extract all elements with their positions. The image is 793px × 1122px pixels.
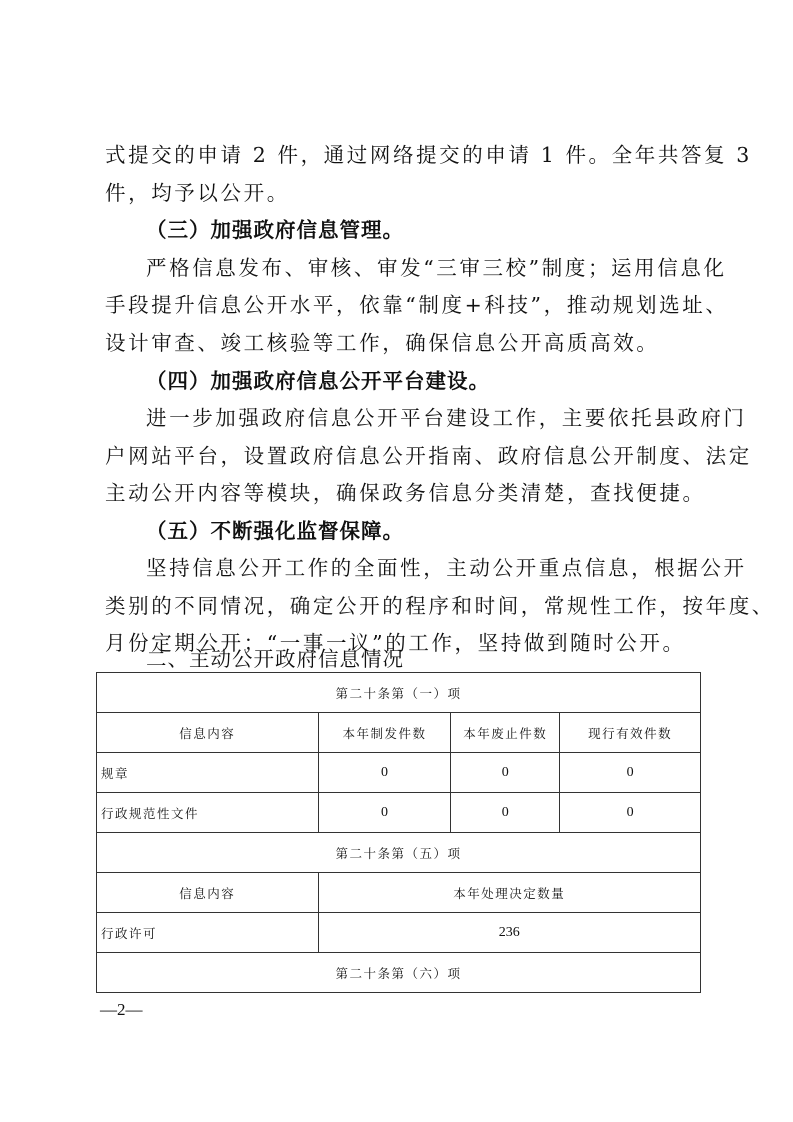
table-header-row: 信息内容 本年制发件数 本年废止件数 现行有效件数 <box>97 713 701 753</box>
paragraph-line: 类别的不同情况，确定公开的程序和时间，常规性工作，按年度、 <box>105 592 775 620</box>
table-row: 规章 0 0 0 <box>97 753 701 793</box>
paragraph-line: 严格信息发布、审核、审发“三审三校”制度；运用信息化 <box>146 254 727 282</box>
table-cell: 0 <box>451 793 560 833</box>
section-heading-2: 二、主动公开政府信息情况 <box>146 645 404 673</box>
paragraph-line: 件，均予以公开。 <box>105 179 290 207</box>
table-cell: 行政许可 <box>97 913 319 953</box>
table-cell: 规章 <box>97 753 319 793</box>
table-section-title: 第二十条第（一）项 <box>97 673 701 713</box>
table-cell: 236 <box>318 913 700 953</box>
page-number: —2— <box>100 1000 143 1020</box>
disclosure-table: 第二十条第（一）项 信息内容 本年制发件数 本年废止件数 现行有效件数 规章 0… <box>96 672 701 993</box>
table-header: 本年废止件数 <box>451 713 560 753</box>
table-row: 行政规范性文件 0 0 0 <box>97 793 701 833</box>
table-row: 第二十条第（一）项 <box>97 673 701 713</box>
table-header-row: 信息内容 本年处理决定数量 <box>97 873 701 913</box>
paragraph-line: 式提交的申请 2 件，通过网络提交的申请 1 件。全年共答复 3 <box>105 141 752 169</box>
heading-section-4: （四）加强政府信息公开平台建设。 <box>146 367 490 395</box>
table-cell: 0 <box>318 793 451 833</box>
table-header: 现行有效件数 <box>560 713 701 753</box>
paragraph-line: 坚持信息公开工作的全面性，主动公开重点信息，根据公开 <box>146 554 747 582</box>
table-cell: 0 <box>318 753 451 793</box>
paragraph-line: 手段提升信息公开水平，依靠“制度+科技”，推动规划选址、 <box>105 291 728 319</box>
table-header: 信息内容 <box>97 713 319 753</box>
table-cell: 0 <box>451 753 560 793</box>
table-row: 第二十条第（六）项 <box>97 953 701 993</box>
paragraph-line: 进一步加强政府信息公开平台建设工作，主要依托县政府门 <box>146 404 747 432</box>
table-row: 行政许可 236 <box>97 913 701 953</box>
table-row: 第二十条第（五）项 <box>97 833 701 873</box>
paragraph-line: 主动公开内容等模块，确保政务信息分类清楚，查找便捷。 <box>105 479 706 507</box>
heading-section-5: （五）不断强化监督保障。 <box>146 517 404 545</box>
table-header: 本年制发件数 <box>318 713 451 753</box>
table-cell: 0 <box>560 753 701 793</box>
table-cell: 0 <box>560 793 701 833</box>
heading-section-3: （三）加强政府信息管理。 <box>146 216 404 244</box>
table-header: 本年处理决定数量 <box>318 873 700 913</box>
table-header: 信息内容 <box>97 873 319 913</box>
paragraph-line: 户网站平台，设置政府信息公开指南、政府信息公开制度、法定 <box>105 442 752 470</box>
paragraph-line: 设计审查、竣工核验等工作，确保信息公开高质高效。 <box>105 329 659 357</box>
table-cell: 行政规范性文件 <box>97 793 319 833</box>
table-section-title: 第二十条第（五）项 <box>97 833 701 873</box>
table-section-title: 第二十条第（六）项 <box>97 953 701 993</box>
